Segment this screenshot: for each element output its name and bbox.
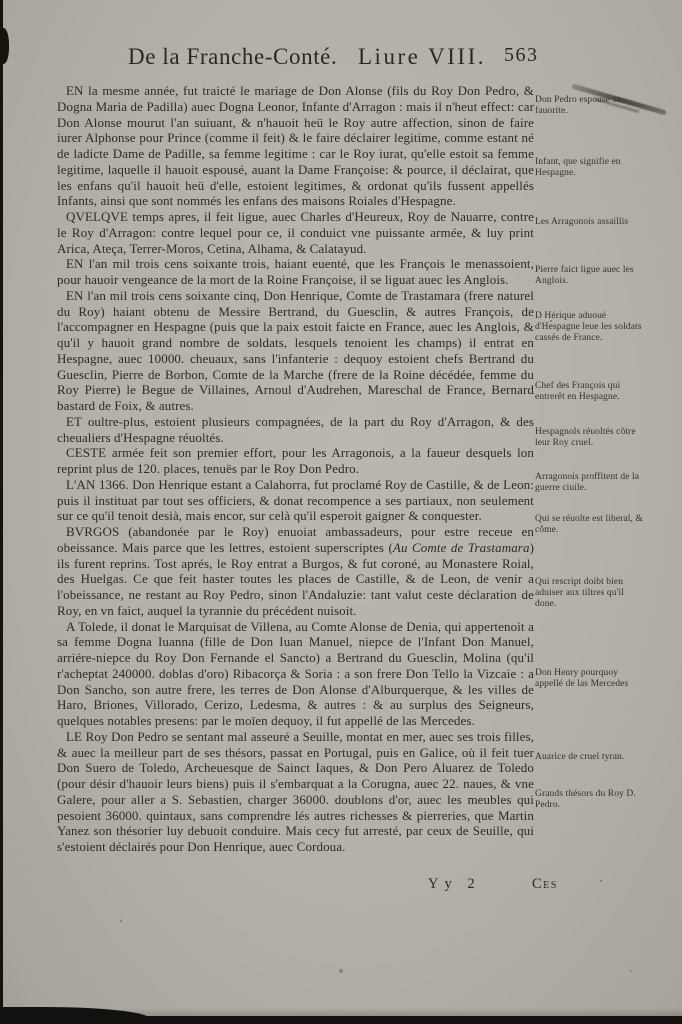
signature-mark: Yy 2	[428, 876, 481, 893]
paragraph-6: CESTE armée feit son premier effort, pou…	[57, 445, 534, 477]
paragraph-8: BVRGOS (abandonée par le Roy) enuoiat am…	[57, 524, 534, 619]
running-title: De la Franche-Conté.	[128, 44, 337, 70]
paragraph-3: EN l'an mil trois cens soixante trois, h…	[57, 256, 534, 288]
margin-note: Auarice de cruel tyran.	[535, 752, 643, 763]
margin-note: Grands thésors du Roy D. Pedro.	[535, 789, 643, 811]
margin-note: Hespagnols réuoltés cõtre leur Roy cruel…	[535, 427, 643, 449]
margin-note: D Hérique aduoué d'Hespagne leue les sol…	[535, 311, 643, 345]
book-number: Liure VIII.	[358, 44, 486, 70]
catchword: Ces	[532, 876, 558, 893]
page-number: 563	[504, 44, 539, 67]
book-page: De la Franche-Conté. Liure VIII. 563 EN …	[0, 0, 682, 1024]
paragraph-7: L'AN 1366. Don Henrique estant a Calahor…	[57, 477, 534, 524]
margin-note: Pierre faict ligue auec les Anglois.	[535, 265, 643, 287]
margin-note: Don Henry pourquoy appellé de las Merced…	[535, 668, 643, 690]
margin-note: Don Pedro espouse sa fauorite.	[535, 95, 643, 117]
paragraph-4: EN l'an mil trois cens soixante cinq, Do…	[57, 288, 534, 414]
paragraph-9: A Tolede, il donat le Marquisat de Ville…	[57, 619, 534, 729]
text-column: EN la mesme année, fut traicté le mariag…	[57, 83, 534, 855]
margin-note: Arragonois proffitent de la guerre ciuil…	[535, 472, 643, 494]
margin-note: Infant, que signifie en Hespagne.	[535, 157, 643, 179]
scan-edge-left-blob	[0, 28, 9, 64]
margin-note: Qui rescript doibt bien aduiser aux tilt…	[535, 577, 643, 611]
paragraph-8-italic: Au Comte de Trastamara	[393, 540, 530, 555]
paragraph-1: EN la mesme année, fut traicté le mariag…	[57, 83, 534, 209]
paragraph-10: LE Roy Don Pedro se sentant mal asseuré …	[57, 729, 534, 855]
margin-note: Les Arragonois assaillis	[535, 217, 643, 228]
paragraph-2: QVELQVE temps apres, il feit ligue, auec…	[57, 209, 534, 256]
margin-note: Qui se réuolte est liberal, & cõme.	[535, 514, 643, 536]
paragraph-5: ET oultre-plus, estoient plusieurs compa…	[57, 414, 534, 446]
scan-edge-left	[0, 0, 3, 1024]
margin-note: Chef des François qui entrerêt en Hespag…	[535, 381, 643, 403]
